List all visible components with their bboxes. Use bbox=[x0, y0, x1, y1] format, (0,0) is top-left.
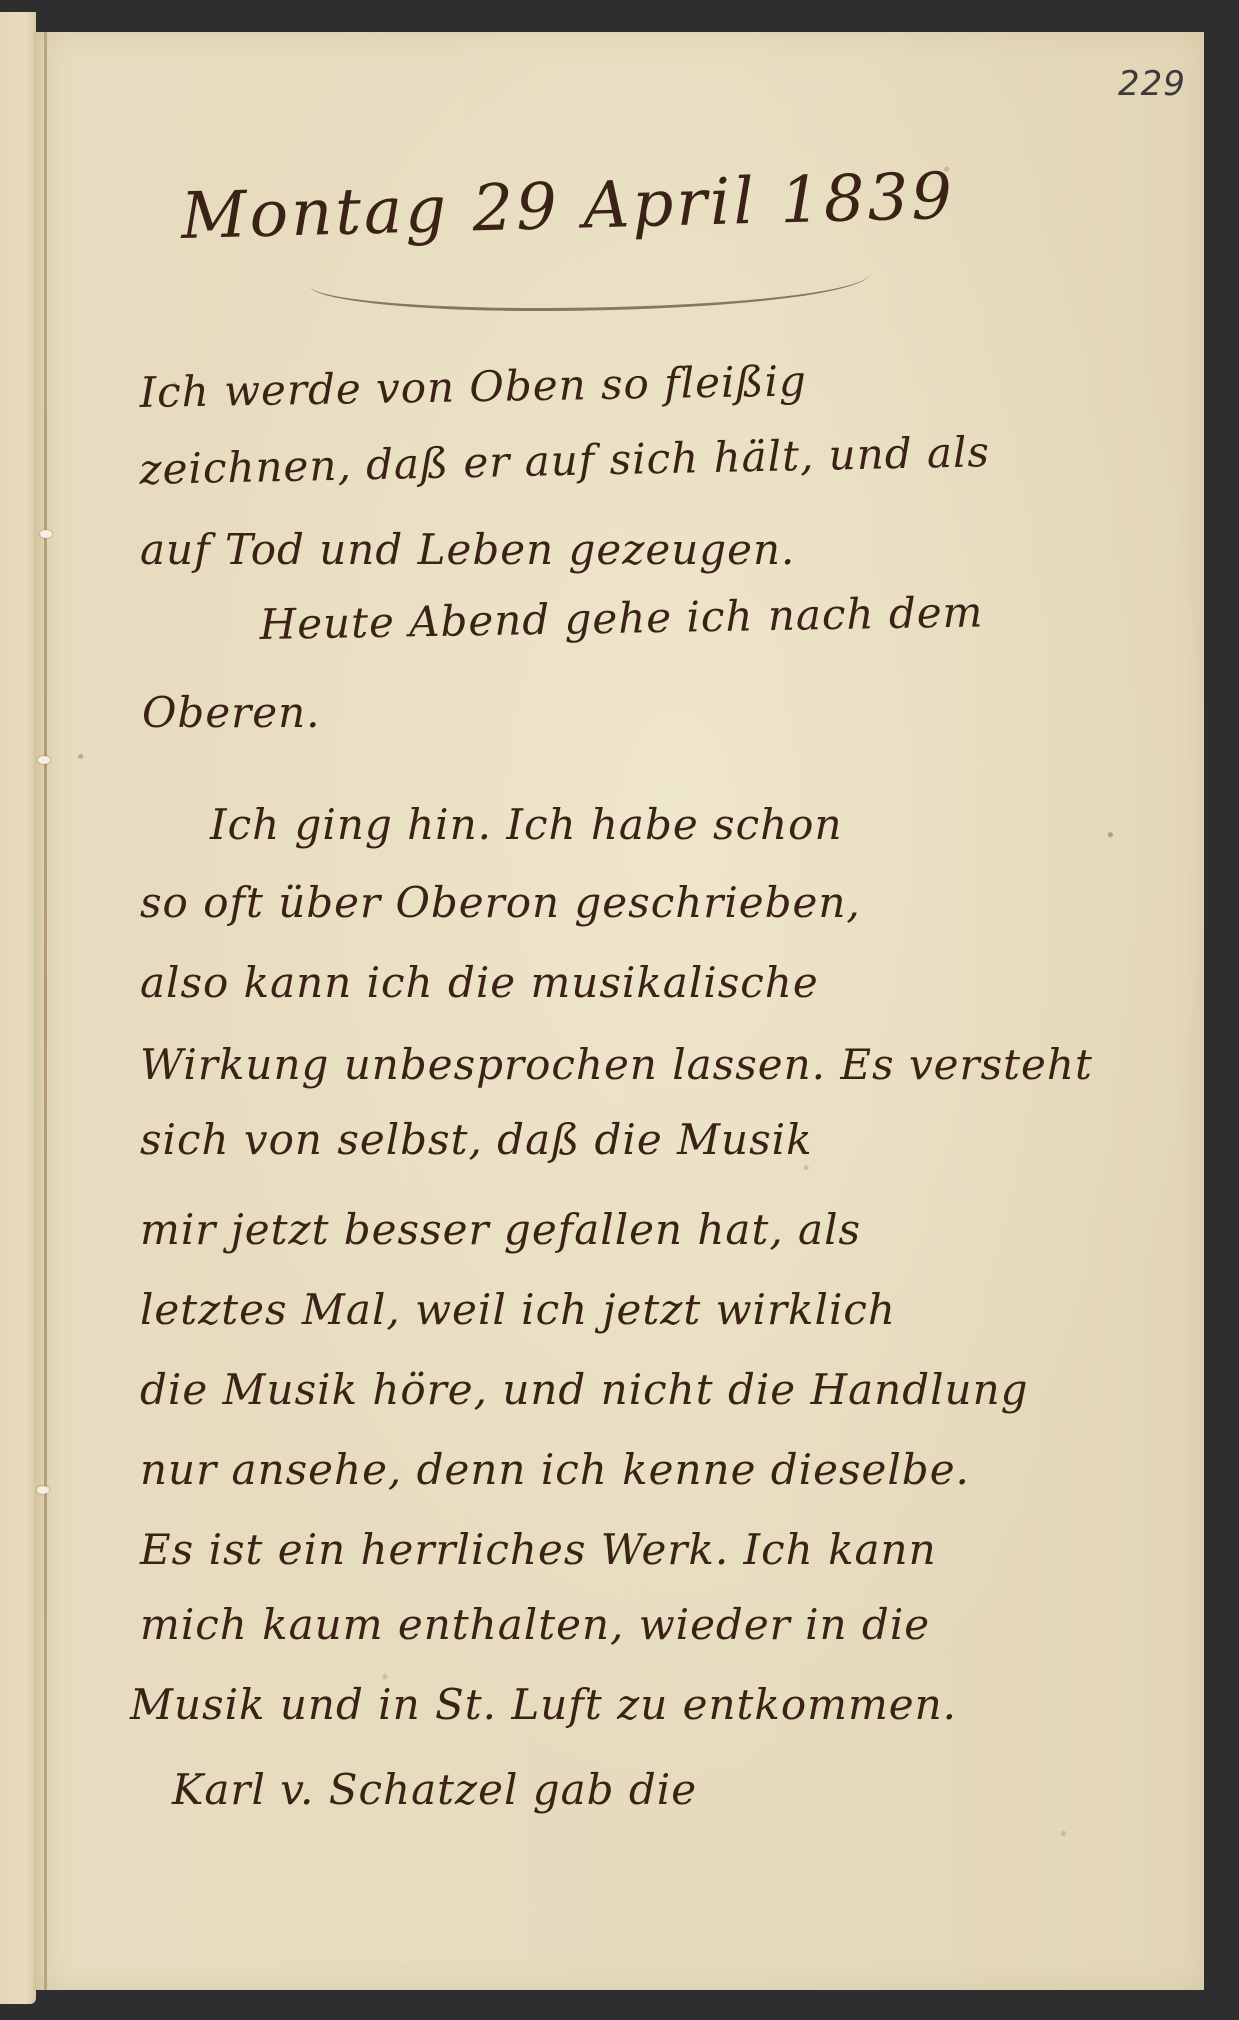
page-number: 229 bbox=[1118, 64, 1186, 104]
stitch-hole bbox=[40, 530, 52, 538]
text-line: letztes Mal, weil ich jetzt wirklich bbox=[140, 1285, 896, 1334]
text-line: also kann ich die musikalische bbox=[140, 958, 819, 1007]
text-line: Ich ging hin. Ich habe schon bbox=[210, 800, 843, 849]
binding-gutter bbox=[44, 32, 47, 1990]
text-line: auf Tod und Leben gezeugen. bbox=[140, 525, 795, 574]
text-line: mir jetzt besser gefallen hat, als bbox=[140, 1205, 861, 1254]
text-line: so oft über Oberon geschrieben, bbox=[140, 878, 861, 927]
text-line: Es ist ein herrliches Werk. Ich kann bbox=[140, 1525, 937, 1574]
text-line: Musik und in St. Luft zu entkommen. bbox=[130, 1680, 957, 1729]
text-line: nur ansehe, denn ich kenne dieselbe. bbox=[140, 1445, 970, 1494]
previous-leaf-edge bbox=[0, 12, 36, 2004]
stitch-hole bbox=[37, 1486, 49, 1494]
text-line: sich von selbst, daß die Musik bbox=[140, 1115, 813, 1164]
text-line: Karl v. Schatzel gab die bbox=[172, 1765, 697, 1814]
stitch-hole bbox=[38, 756, 50, 764]
text-line: die Musik höre, und nicht die Handlung bbox=[140, 1365, 1029, 1414]
text-line: Wirkung unbesprochen lassen. Es versteht bbox=[140, 1040, 1093, 1089]
scan-viewport: 229 Montag 29 April 1839 Ich werde von O… bbox=[0, 0, 1239, 2020]
text-line: Oberen. bbox=[142, 688, 321, 737]
text-line: mich kaum enthalten, wieder in die bbox=[140, 1600, 930, 1649]
